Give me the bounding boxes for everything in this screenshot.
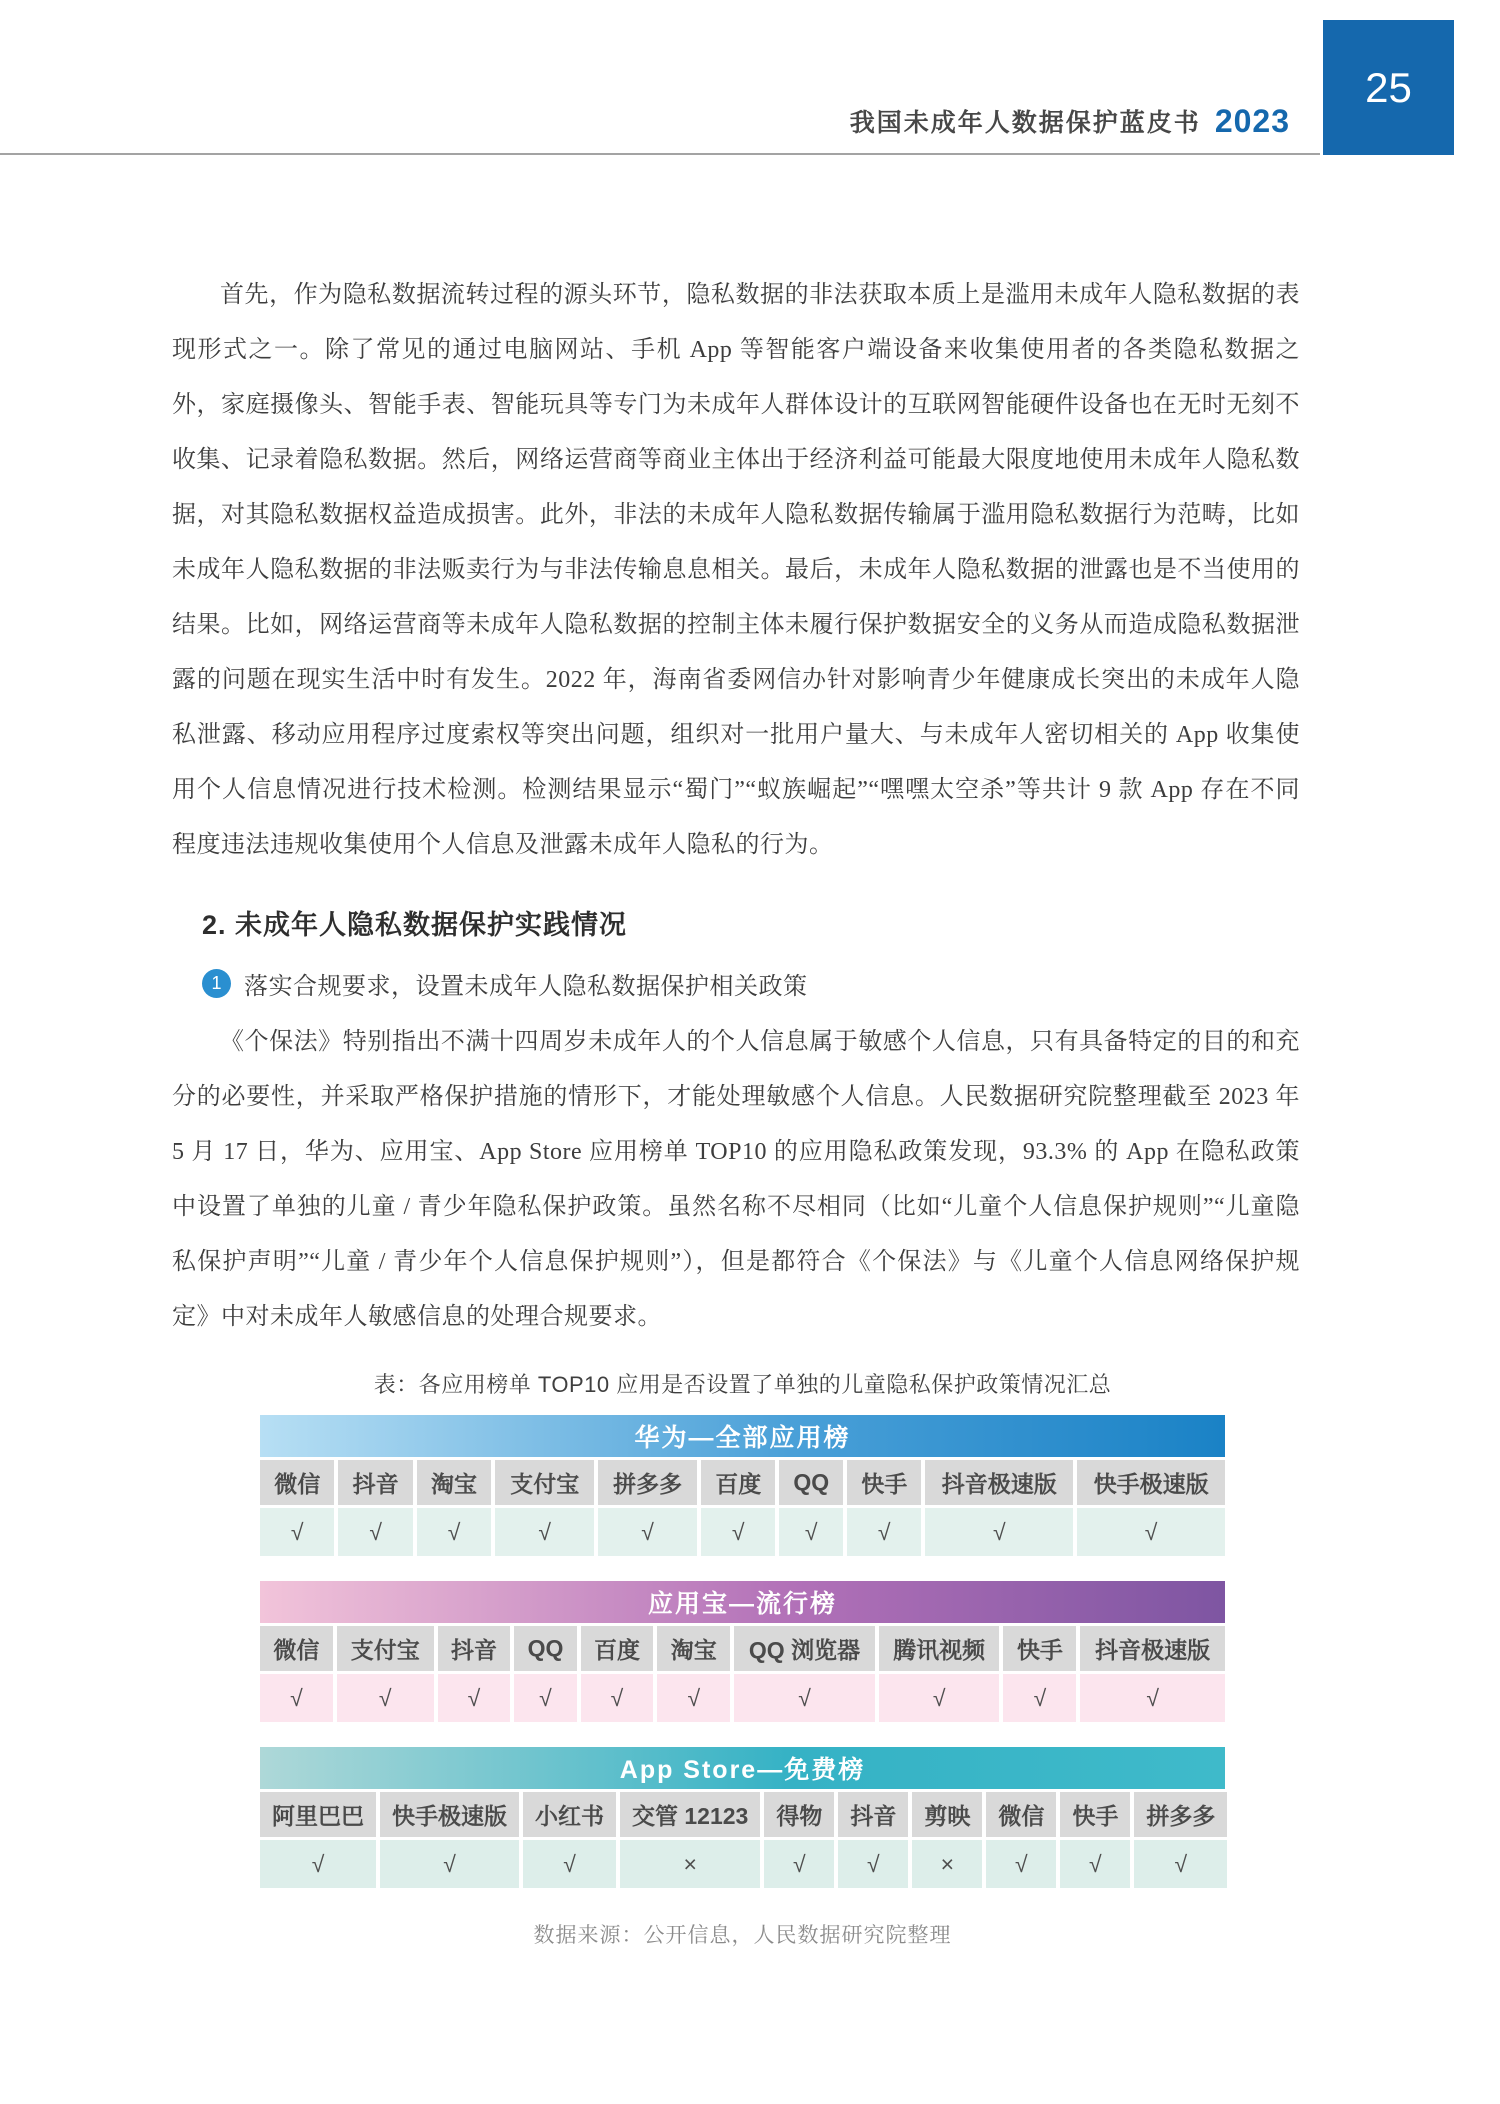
policy-flag-cell: √ [260, 1674, 333, 1722]
app-name-cell: 百度 [581, 1626, 654, 1671]
page-header: 我国未成年人数据保护蓝皮书 2023 [0, 0, 1290, 150]
policy-flag-cell: √ [734, 1674, 875, 1722]
app-name-cell: 快手 [1060, 1792, 1130, 1837]
app-name-cell: 支付宝 [495, 1460, 594, 1505]
header-divider [0, 153, 1320, 155]
policy-flag-cell: √ [1060, 1840, 1130, 1888]
policy-flag-cell: √ [764, 1840, 834, 1888]
policy-flag-cell: √ [1003, 1674, 1076, 1722]
table-caption: 表：各应用榜单 TOP10 应用是否设置了单独的儿童隐私保护政策情况汇总 [260, 1368, 1225, 1399]
app-name-cell: 微信 [986, 1792, 1056, 1837]
app-rank-table: 华为—全部应用榜微信抖音淘宝支付宝拼多多百度QQ快手抖音极速版快手极速版√√√√… [260, 1415, 1225, 1559]
app-name-cell: 得物 [764, 1792, 834, 1837]
numbered-point-label: 落实合规要求，设置未成年人隐私数据保护相关政策 [244, 966, 808, 1001]
policy-flag-cell: √ [260, 1508, 334, 1556]
policy-flag-cell: √ [779, 1508, 843, 1556]
rank-table-grid: 阿里巴巴快手极速版小红书交管 12123得物抖音剪映微信快手拼多多√√√×√√×… [256, 1789, 1231, 1891]
policy-flag-cell: √ [495, 1508, 594, 1556]
numbered-point: 1 落实合规要求，设置未成年人隐私数据保护相关政策 [202, 966, 1300, 1001]
rank-table-title: 应用宝—流行榜 [260, 1581, 1225, 1623]
policy-flag-cell: √ [986, 1840, 1056, 1888]
app-name-cell: 抖音极速版 [1080, 1626, 1225, 1671]
rank-table-title: 华为—全部应用榜 [260, 1415, 1225, 1457]
number-1-badge-icon: 1 [202, 969, 231, 998]
app-name-cell: 微信 [260, 1626, 333, 1671]
app-name-cell: 快手 [1003, 1626, 1076, 1671]
policy-flag-cell: √ [1080, 1674, 1225, 1722]
policy-flag-cell: × [912, 1840, 982, 1888]
policy-flag-cell: √ [337, 1674, 434, 1722]
policy-flag-cell: √ [380, 1840, 519, 1888]
paragraph-privacy-misuse: 首先，作为隐私数据流转过程的源头环节，隐私数据的非法获取本质上是滥用未成年人隐私… [172, 268, 1300, 873]
page-number: 25 [1365, 64, 1412, 112]
policy-flag-cell: × [620, 1840, 760, 1888]
app-rank-table: 应用宝—流行榜微信支付宝抖音QQ百度淘宝QQ 浏览器腾讯视频快手抖音极速版√√√… [260, 1581, 1225, 1725]
policy-flag-cell: √ [581, 1674, 654, 1722]
rank-tables: 华为—全部应用榜微信抖音淘宝支付宝拼多多百度QQ快手抖音极速版快手极速版√√√√… [260, 1415, 1225, 1891]
app-name-cell: 腾讯视频 [879, 1626, 1000, 1671]
app-name-cell: 淘宝 [417, 1460, 491, 1505]
policy-flag-cell: √ [1077, 1508, 1225, 1556]
app-rank-table: App Store—免费榜阿里巴巴快手极速版小红书交管 12123得物抖音剪映微… [260, 1747, 1225, 1891]
policy-flag-cell: √ [417, 1508, 491, 1556]
rank-table-grid: 微信支付宝抖音QQ百度淘宝QQ 浏览器腾讯视频快手抖音极速版√√√√√√√√√√ [256, 1623, 1229, 1725]
app-name-cell: 微信 [260, 1460, 334, 1505]
data-source-note: 数据来源：公开信息，人民数据研究院整理 [260, 1919, 1225, 1949]
policy-flag-cell: √ [838, 1840, 908, 1888]
policy-flag-cell: √ [925, 1508, 1073, 1556]
policy-flag-cell: √ [438, 1674, 511, 1722]
policy-flag-cell: √ [1134, 1840, 1227, 1888]
policy-flag-cell: √ [514, 1674, 576, 1722]
report-year: 2023 [1215, 107, 1290, 136]
table-area: 表：各应用榜单 TOP10 应用是否设置了单独的儿童隐私保护政策情况汇总 华为—… [260, 1368, 1225, 1949]
policy-flag-cell: √ [657, 1674, 730, 1722]
app-name-cell: 拼多多 [1134, 1792, 1227, 1837]
rank-table-grid: 微信抖音淘宝支付宝拼多多百度QQ快手抖音极速版快手极速版√√√√√√√√√√ [256, 1457, 1229, 1559]
app-name-cell: 拼多多 [598, 1460, 697, 1505]
body-content: 首先，作为隐私数据流转过程的源头环节，隐私数据的非法获取本质上是滥用未成年人隐私… [172, 268, 1300, 1345]
report-title: 我国未成年人数据保护蓝皮书 [850, 111, 1201, 136]
app-name-cell: QQ [514, 1626, 576, 1671]
app-name-cell: 快手 [847, 1460, 921, 1505]
app-name-cell: 抖音 [438, 1626, 511, 1671]
app-name-cell: 支付宝 [337, 1626, 434, 1671]
page-number-box: 25 [1323, 20, 1454, 155]
policy-flag-cell: √ [847, 1508, 921, 1556]
app-name-cell: 小红书 [523, 1792, 616, 1837]
app-name-cell: 阿里巴巴 [260, 1792, 376, 1837]
app-name-cell: 快手极速版 [1077, 1460, 1225, 1505]
app-name-cell: 抖音 [338, 1460, 412, 1505]
policy-flag-cell: √ [338, 1508, 412, 1556]
section-heading: 2. 未成年人隐私数据保护实践情况 [202, 903, 1300, 942]
policy-flag-cell: √ [598, 1508, 697, 1556]
app-name-cell: QQ [779, 1460, 843, 1505]
policy-flag-cell: √ [523, 1840, 616, 1888]
app-name-cell: 百度 [701, 1460, 775, 1505]
app-name-cell: 抖音 [838, 1792, 908, 1837]
paragraph-compliance: 《个保法》特别指出不满十四周岁未成年人的个人信息属于敏感个人信息，只有具备特定的… [172, 1015, 1300, 1345]
app-name-cell: 快手极速版 [380, 1792, 519, 1837]
policy-flag-cell: √ [260, 1840, 376, 1888]
policy-flag-cell: √ [701, 1508, 775, 1556]
app-name-cell: 剪映 [912, 1792, 982, 1837]
app-name-cell: QQ 浏览器 [734, 1626, 875, 1671]
policy-flag-cell: √ [879, 1674, 1000, 1722]
rank-table-title: App Store—免费榜 [260, 1747, 1225, 1789]
document-page: 我国未成年人数据保护蓝皮书 2023 25 首先，作为隐私数据流转过程的源头环节… [0, 0, 1500, 2104]
app-name-cell: 交管 12123 [620, 1792, 760, 1837]
app-name-cell: 抖音极速版 [925, 1460, 1073, 1505]
app-name-cell: 淘宝 [657, 1626, 730, 1671]
